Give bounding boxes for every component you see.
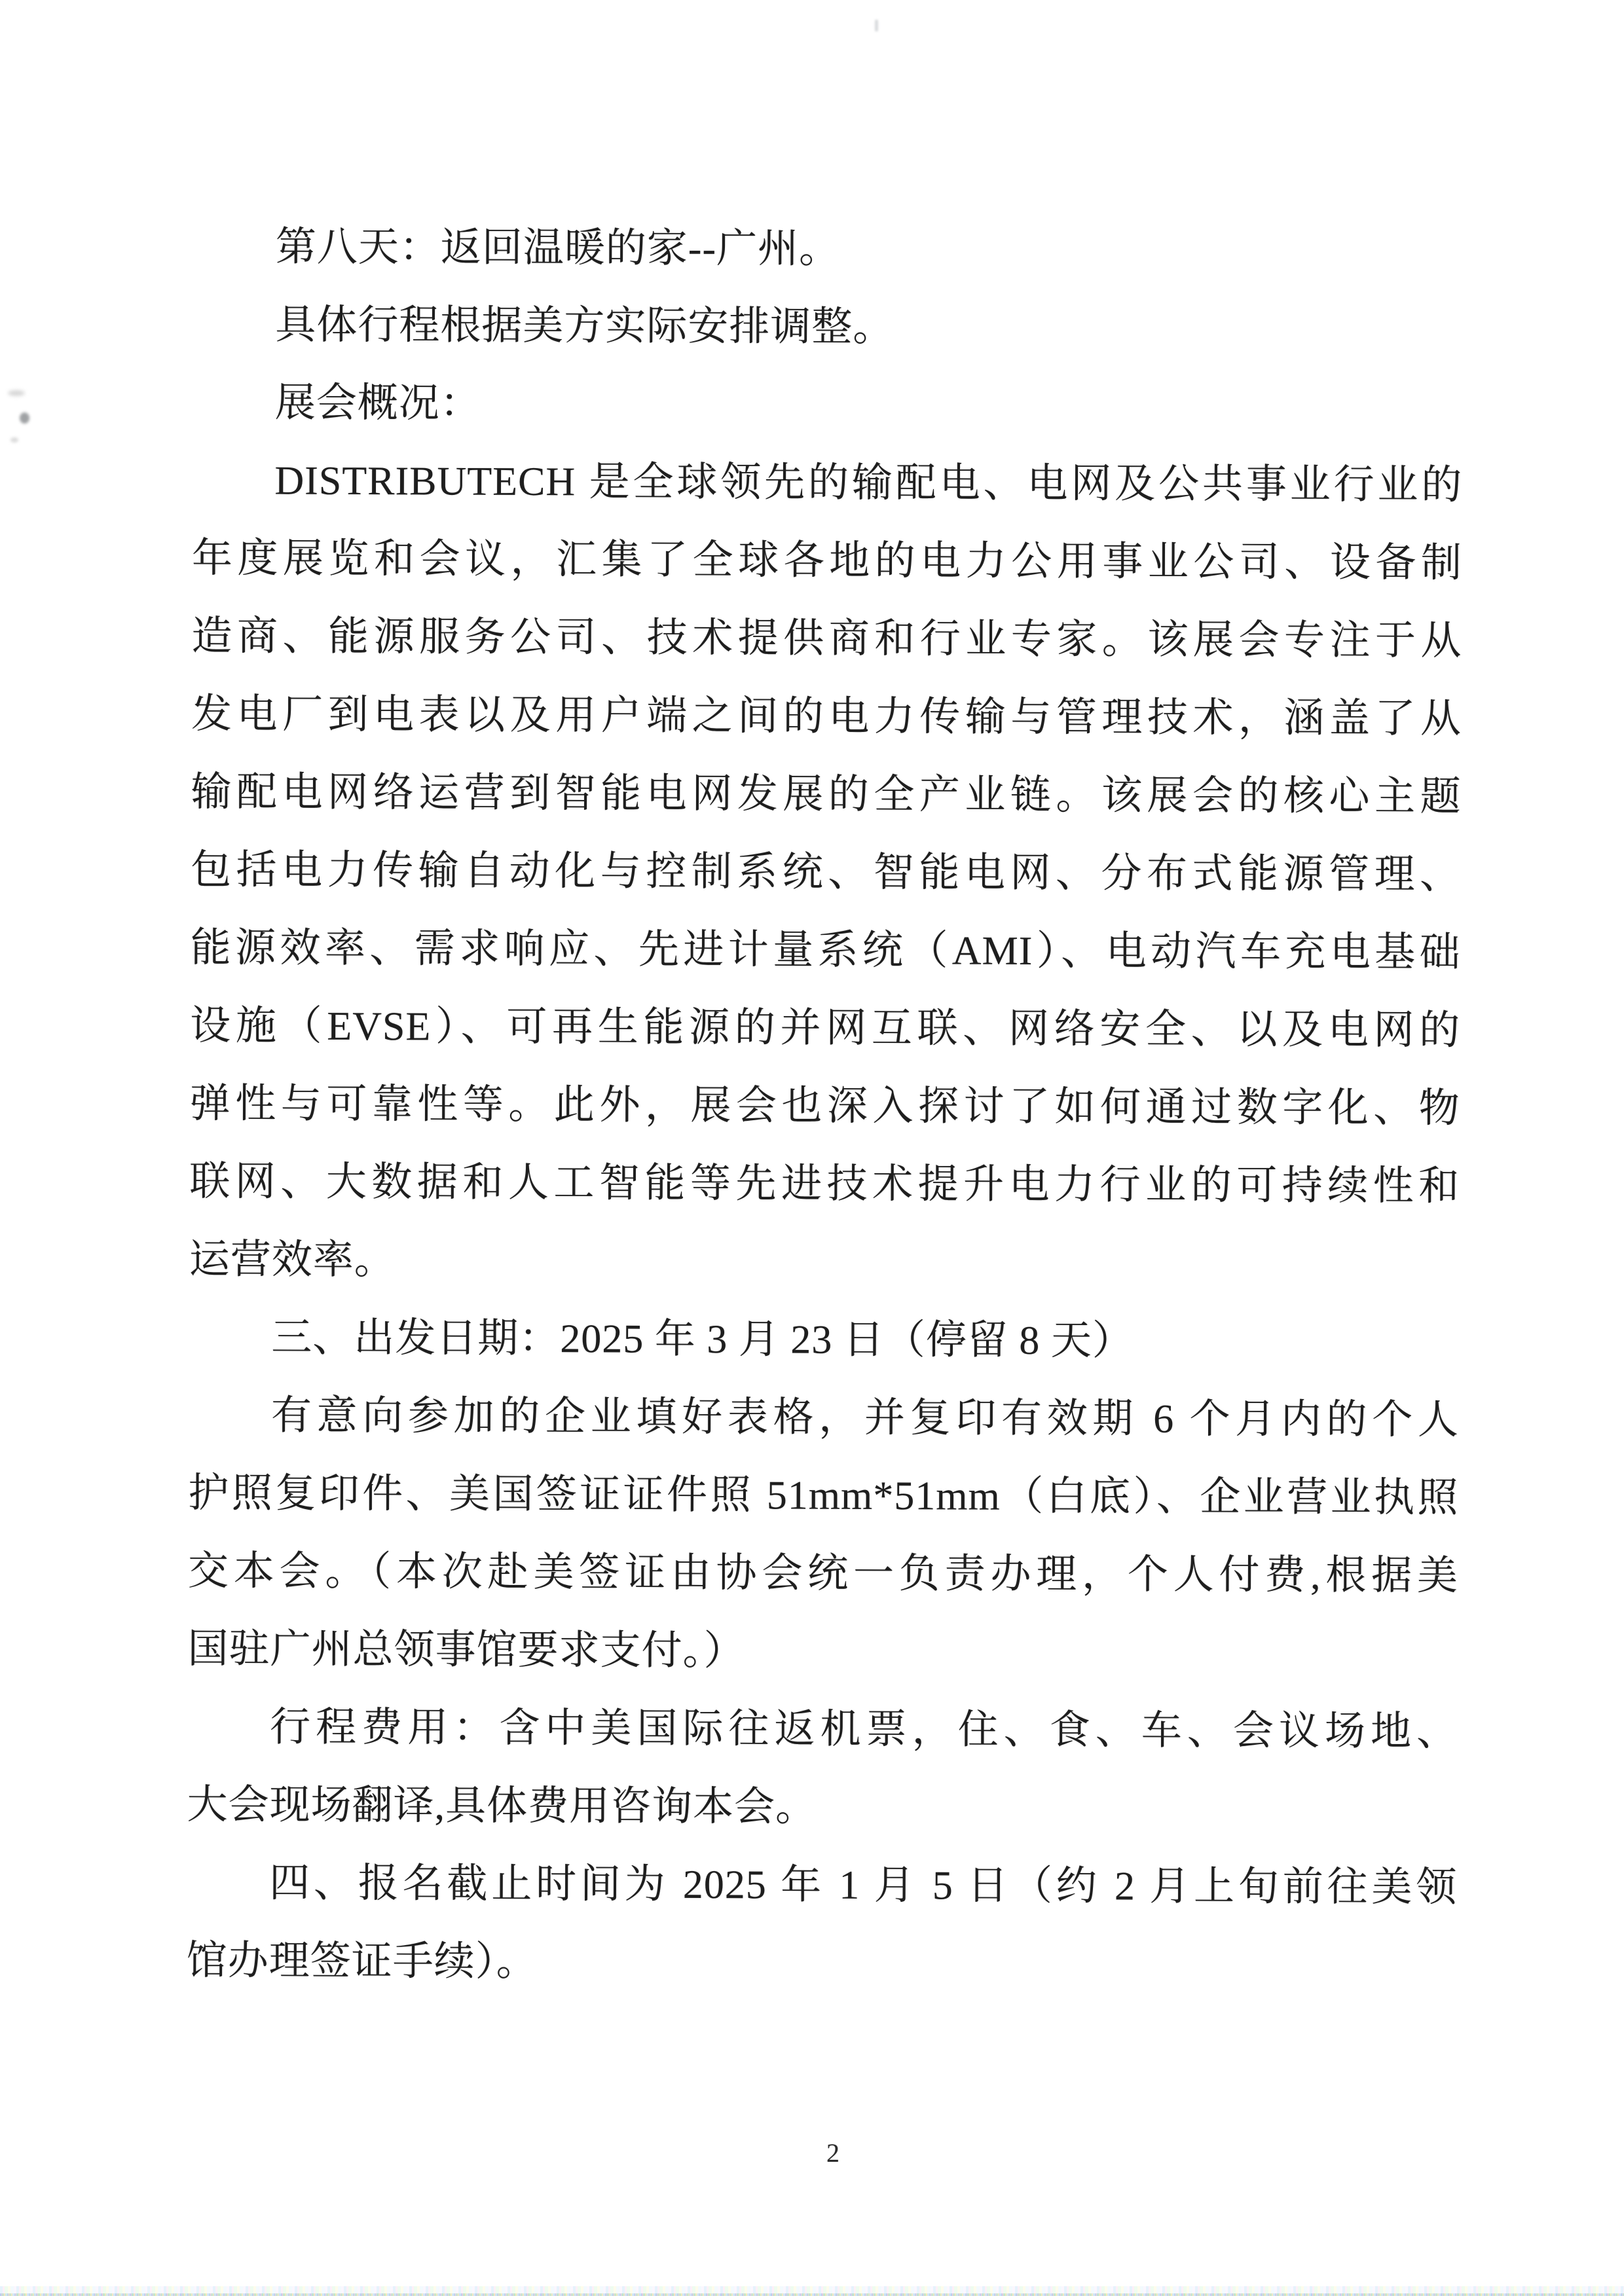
text-line: DISTRIBUTECH 是全球领先的输配电、电网及公共事业行业的	[192, 442, 1462, 524]
text-line: 年度展览和会议，汇集了全球各地的电力公用事业公司、设备制	[192, 520, 1462, 602]
scan-artifact-top	[875, 20, 878, 31]
text-line: 交本会。（本次赴美签证由协会统一负责办理，个人付费,根据美	[188, 1533, 1458, 1615]
text-line: 输配电网络运营到智能电网发展的全产业链。该展会的核心主题	[191, 754, 1461, 836]
text-line: 第八天：返回温暖的家--广州。	[193, 208, 1464, 291]
text-line: 发电厂到电表以及用户端之间的电力传输与管理技术，涵盖了从	[191, 676, 1462, 758]
scan-artifact-left-speck	[10, 437, 18, 443]
page-number: 2	[826, 2138, 840, 2168]
text-line: 四、报名截止时间为 2025 年 1 月 5 日（约 2 月上旬前往美领	[187, 1844, 1457, 1927]
scanned-document-page: 第八天：返回温暖的家--广州。具体行程根据美方实际安排调整。展会概况：DISTR…	[0, 0, 1624, 2296]
scan-artifact-left-dot	[20, 412, 29, 424]
text-line: 馆办理签证手续）。	[186, 1922, 1456, 2005]
text-line: 设施（EVSE）、可再生能源的并网互联、网络安全、以及电网的	[190, 987, 1460, 1070]
text-line: 国驻广州总领事馆要求支付。）	[187, 1611, 1458, 1693]
document-body: 第八天：返回温暖的家--广州。具体行程根据美方实际安排调整。展会概况：DISTR…	[186, 208, 1463, 2005]
text-line: 弹性与可靠性等。此外，展会也深入探讨了如何通过数字化、物	[190, 1065, 1460, 1148]
page-footer: 2	[0, 2138, 1624, 2168]
text-line: 护照复印件、美国签证证件照 51mm*51mm（白底）、企业营业执照	[188, 1455, 1458, 1537]
text-line: 能源效率、需求响应、先进计量系统（AMI）、电动汽车充电基础	[190, 909, 1460, 992]
text-line: 有意向参加的企业填好表格，并复印有效期 6 个月内的个人	[189, 1377, 1459, 1459]
text-line: 联网、大数据和人工智能等先进技术提升电力行业的可持续性和	[189, 1143, 1460, 1226]
scan-noise-band	[0, 2286, 1624, 2296]
text-line: 造商、能源服务公司、技术提供商和行业专家。该展会专注于从	[191, 598, 1462, 680]
text-line: 包括电力传输自动化与控制系统、智能电网、分布式能源管理、	[191, 831, 1461, 914]
text-line: 运营效率。	[189, 1221, 1460, 1303]
text-line: 展会概况：	[193, 364, 1463, 446]
text-line: 三、出发日期：2025 年 3 月 23 日（停留 8 天）	[189, 1299, 1459, 1381]
scan-artifact-left-streak	[8, 390, 25, 396]
text-line: 大会现场翻译,具体费用咨询本会。	[187, 1766, 1457, 1849]
text-line: 具体行程根据美方实际安排调整。	[193, 286, 1463, 369]
text-line: 行程费用：含中美国际往返机票，住、食、车、会议场地、	[187, 1688, 1458, 1771]
